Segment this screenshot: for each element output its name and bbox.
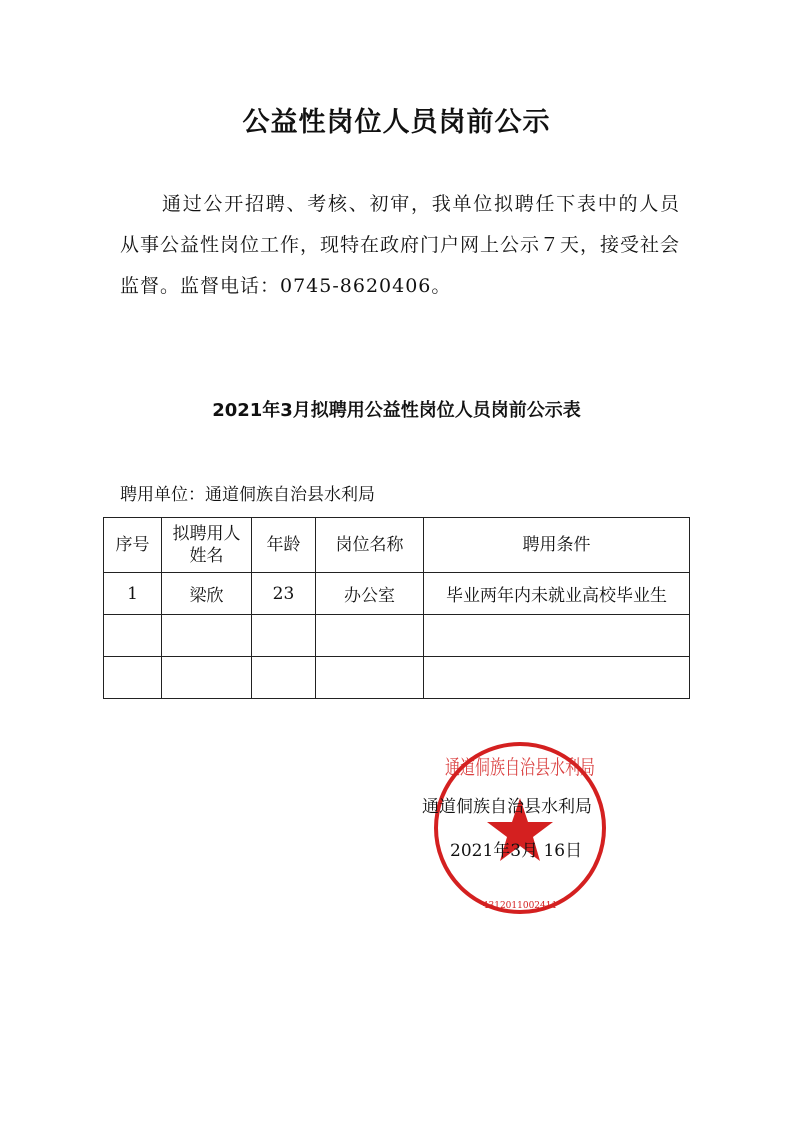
cell-index <box>104 615 162 657</box>
cell-index: 1 <box>104 573 162 615</box>
table-row <box>104 615 690 657</box>
signature-date: 2021年3月 16日 <box>450 836 582 861</box>
cell-age <box>252 657 316 699</box>
notice-paragraph: 通过公开招聘、考核、初审，我单位拟聘任下表中的人员从事公益性岗位工作，现特在政府… <box>120 184 680 307</box>
seal-code: 4312011002411 <box>483 901 557 911</box>
header-position: 岗位名称 <box>316 518 424 573</box>
header-age: 年龄 <box>252 518 316 573</box>
table-header-row: 序号 拟聘用人姓名 年龄 岗位名称 聘用条件 <box>104 518 690 573</box>
hiring-unit: 聘用单位：通道侗族自治县水利局 <box>120 480 375 505</box>
cell-age: 23 <box>252 573 316 615</box>
cell-conditions: 毕业两年内未就业高校毕业生 <box>424 573 690 615</box>
cell-position <box>316 657 424 699</box>
cell-name: 梁欣 <box>162 573 252 615</box>
seal-text: 通道侗族自治县水利局 <box>445 755 595 779</box>
header-name-text: 拟聘用人姓名 <box>171 523 243 567</box>
cell-position <box>316 615 424 657</box>
header-name: 拟聘用人姓名 <box>162 518 252 573</box>
cell-name <box>162 657 252 699</box>
signature-unit: 通道侗族自治县水利局 <box>422 792 592 817</box>
header-conditions: 聘用条件 <box>424 518 690 573</box>
table-title: 2021年3月拟聘用公益性岗位人员岗前公示表 <box>0 396 793 422</box>
header-index: 序号 <box>104 518 162 573</box>
table-row: 1 梁欣 23 办公室 毕业两年内未就业高校毕业生 <box>104 573 690 615</box>
page-title: 公益性岗位人员岗前公示 <box>0 100 793 139</box>
cell-age <box>252 615 316 657</box>
candidates-table: 序号 拟聘用人姓名 年龄 岗位名称 聘用条件 1 梁欣 23 办公室 毕业两年内… <box>103 517 690 699</box>
cell-conditions <box>424 657 690 699</box>
cell-position: 办公室 <box>316 573 424 615</box>
cell-index <box>104 657 162 699</box>
table-row <box>104 657 690 699</box>
cell-name <box>162 615 252 657</box>
official-seal-icon: 4312011002411 通道侗族自治县水利局 <box>432 740 608 916</box>
cell-conditions <box>424 615 690 657</box>
